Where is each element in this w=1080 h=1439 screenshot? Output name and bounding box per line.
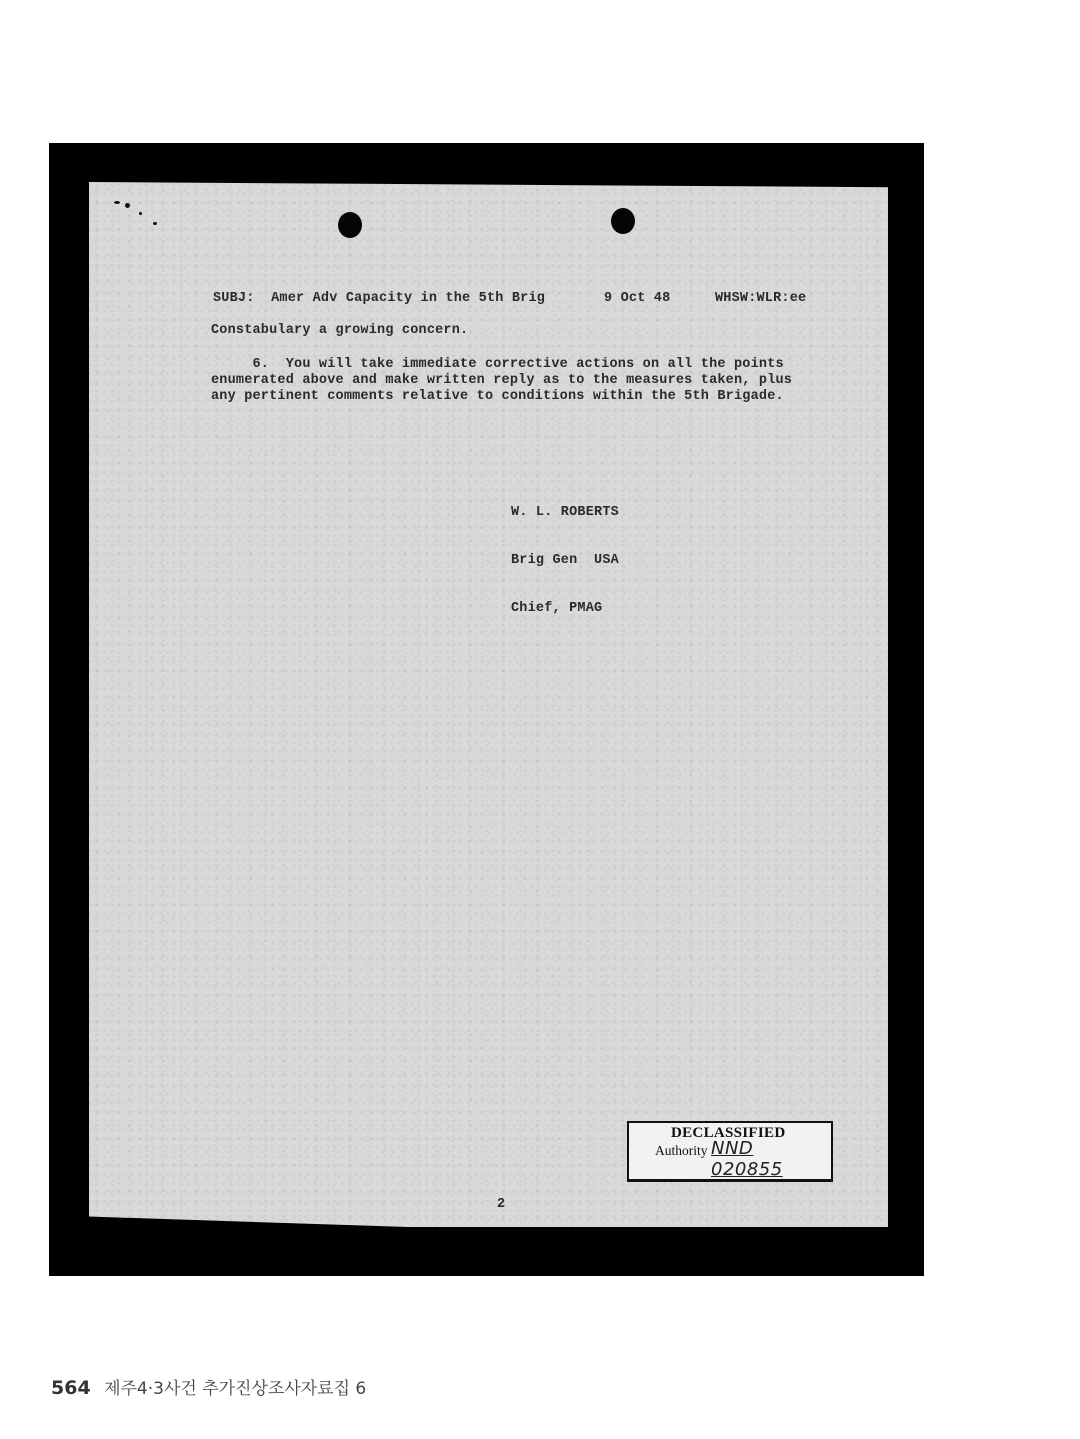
signature-block: W. L. ROBERTS Brig Gen USA Chief, PMAG: [511, 473, 619, 633]
signature-title: Chief, PMAG: [511, 601, 619, 617]
signature-rank: Brig Gen USA: [511, 553, 619, 569]
declassified-stamp: DECLASSIFIED Authority NND 020855: [627, 1121, 833, 1182]
punch-hole-right: [611, 208, 635, 234]
continuation-line: Constabulary a growing concern.: [211, 323, 468, 339]
book-page-number: 564: [51, 1377, 91, 1399]
subject-text: Amer Adv Capacity in the 5th Brig: [271, 291, 545, 306]
ink-smudge: [153, 222, 157, 225]
ink-smudge: [139, 212, 142, 215]
memo-date: 9 Oct 48: [604, 291, 670, 307]
ink-smudge: [114, 201, 120, 204]
subject-label: SUBJ:: [213, 291, 255, 306]
ink-smudge: [125, 203, 130, 208]
authority-label: Authority: [655, 1143, 708, 1159]
signature-name: W. L. ROBERTS: [511, 505, 619, 521]
punch-hole-left: [338, 212, 362, 238]
subject-line: SUBJ: Amer Adv Capacity in the 5th Brig: [213, 291, 545, 307]
document-page: [89, 182, 888, 1227]
book-title: 제주4·3사건 추가진상조사자료집 6: [104, 1379, 366, 1399]
document-page-number: 2: [497, 1197, 505, 1213]
page-footer: 564 제주4·3사건 추가진상조사자료집 6: [51, 1374, 366, 1399]
reference-code: WHSW:WLR:ee: [715, 291, 806, 307]
authority-number: NND 020855: [711, 1138, 831, 1180]
paragraph-6: 6. You will take immediate corrective ac…: [211, 357, 792, 405]
